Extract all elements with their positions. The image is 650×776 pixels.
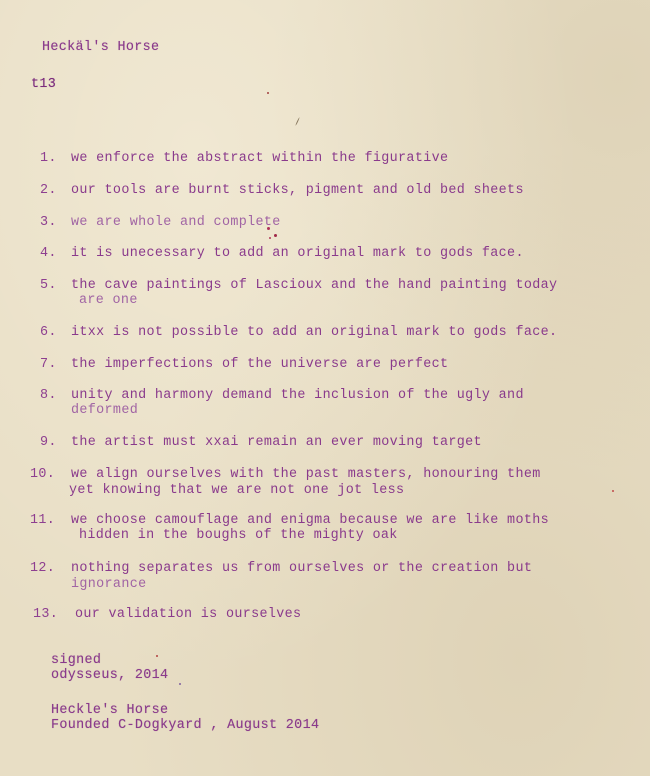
paper-fiber (295, 117, 300, 126)
ink-speck (267, 227, 270, 230)
item-text-continuation: ignorance (71, 577, 146, 592)
item-text: we align ourselves with the past masters… (71, 467, 541, 482)
item-text: itxx is not possible to add an original … (71, 325, 557, 340)
signature-label: signed (51, 653, 101, 668)
header-title: Heckäl's Horse (42, 40, 159, 55)
ink-speck (274, 234, 277, 237)
item-text: we choose camouflage and enigma because … (71, 513, 549, 528)
item-text-continuation: deformed (71, 403, 138, 418)
item-number: 2. (40, 183, 57, 198)
item-number: 11. (30, 513, 55, 528)
item-text: the artist must xxai remain an ever movi… (71, 435, 482, 450)
signature-name-date: odysseus, 2014 (51, 668, 168, 683)
item-number: 1. (40, 151, 57, 166)
item-number: 9. (40, 435, 57, 450)
reference-number: t13 (31, 77, 56, 92)
item-number: 7. (40, 357, 57, 372)
item-text: the cave paintings of Lascioux and the h… (71, 278, 557, 293)
item-text-continuation: hidden in the boughs of the mighty oak (79, 528, 398, 543)
item-text: our validation is ourselves (75, 607, 301, 622)
ink-speck (612, 490, 614, 492)
item-number: 10. (30, 467, 55, 482)
ink-speck (269, 237, 271, 239)
item-text-continuation: are one (79, 293, 138, 308)
ink-speck (179, 683, 181, 685)
item-text: we are whole and complete (71, 215, 281, 230)
item-number: 12. (30, 561, 55, 576)
item-text: our tools are burnt sticks, pigment and … (71, 183, 524, 198)
item-text: the imperfections of the universe are pe… (71, 357, 448, 372)
footer-founded: Founded C-Dogkyard , August 2014 (51, 718, 319, 733)
item-text: unity and harmony demand the inclusion o… (71, 388, 524, 403)
item-text: it is unecessary to add an original mark… (71, 246, 524, 261)
typewritten-page: Heckäl's Horse t13 1. we enforce the abs… (0, 0, 650, 776)
item-text: nothing separates us from ourselves or t… (71, 561, 532, 576)
item-number: 13. (33, 607, 58, 622)
item-text: we enforce the abstract within the figur… (71, 151, 448, 166)
item-number: 6. (40, 325, 57, 340)
item-number: 5. (40, 278, 57, 293)
item-number: 4. (40, 246, 57, 261)
item-text-continuation: yet knowing that we are not one jot less (69, 483, 404, 498)
item-number: 3. (40, 215, 57, 230)
footer-org: Heckle's Horse (51, 703, 168, 718)
item-number: 8. (40, 388, 57, 403)
ink-speck (267, 92, 269, 94)
ink-speck (156, 655, 158, 657)
